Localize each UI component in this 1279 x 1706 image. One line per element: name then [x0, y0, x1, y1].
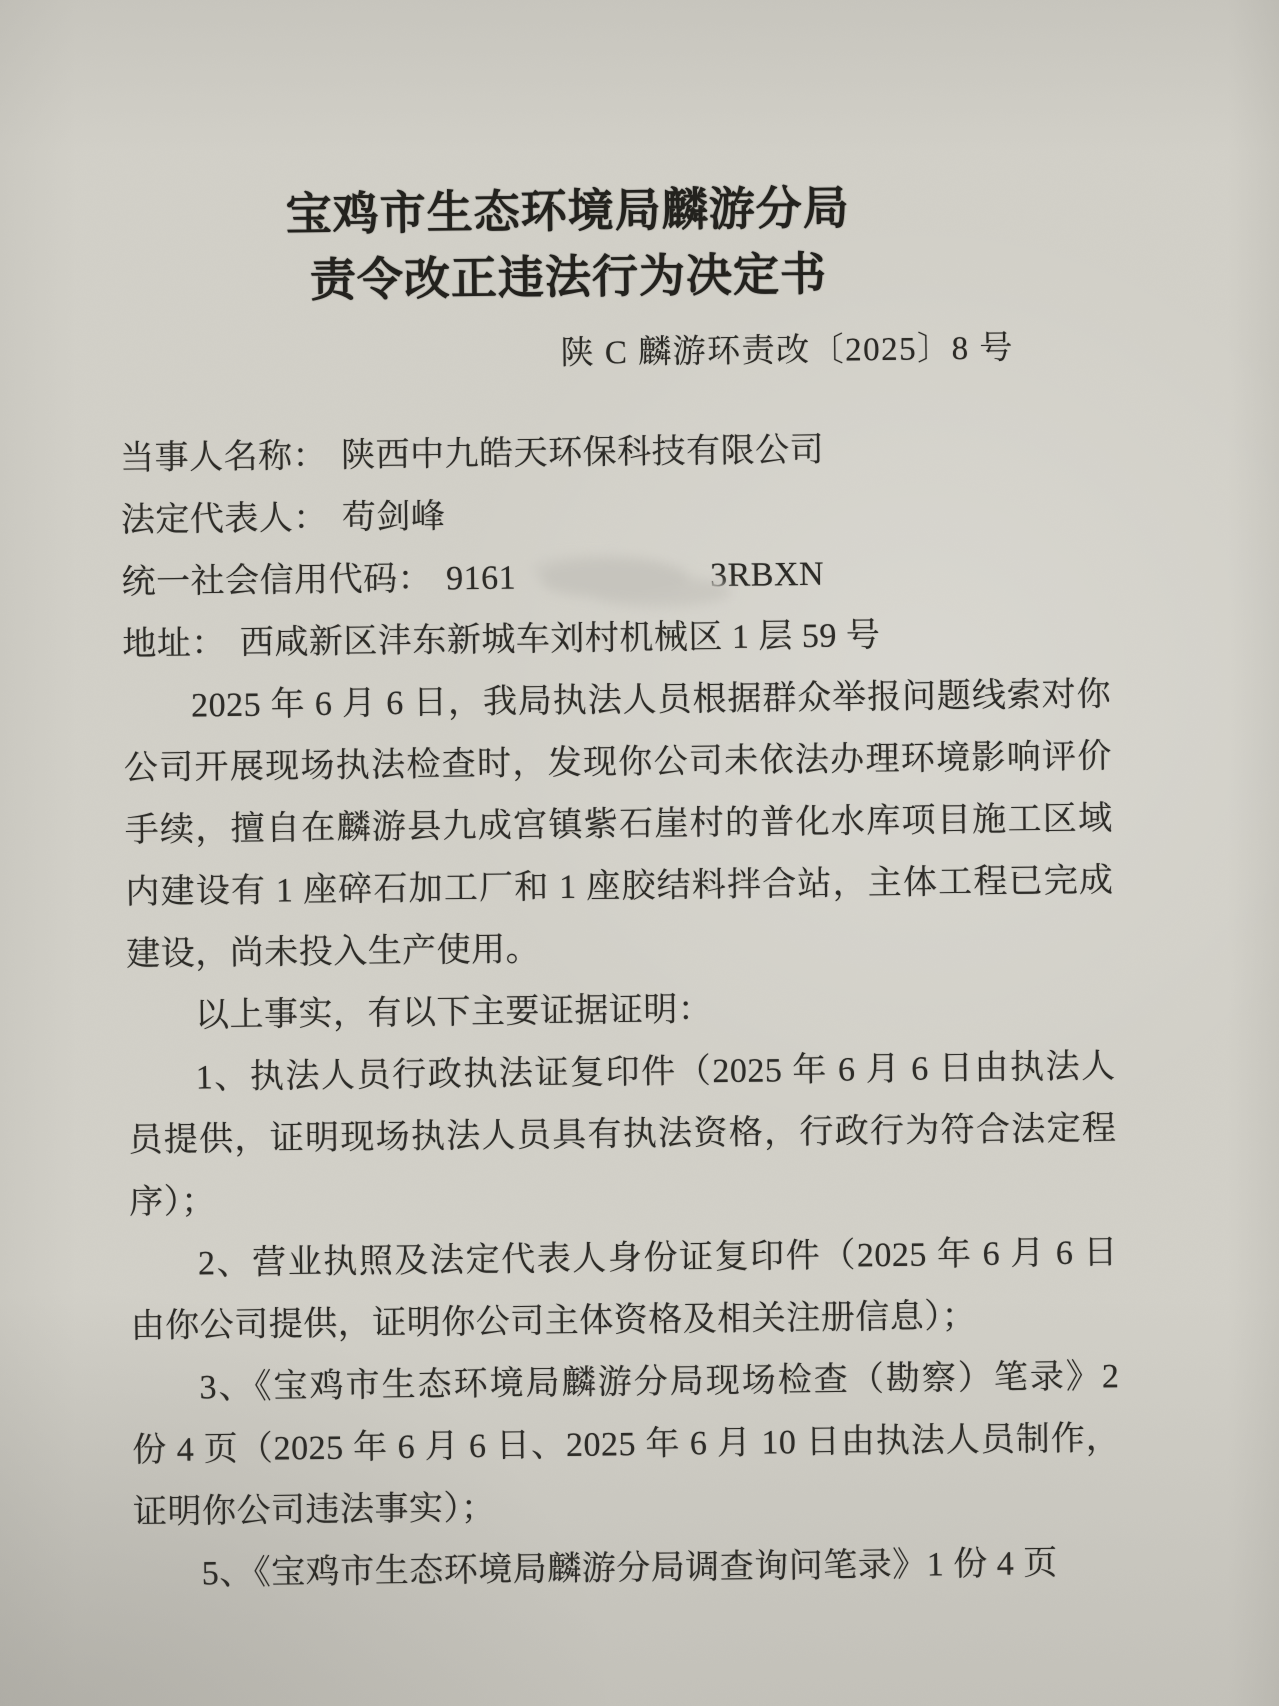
- field-legal-representative-value: 苟剑峰: [342, 498, 446, 536]
- field-credit-code-label: 统一社会信用代码：: [121, 561, 432, 602]
- paragraph-evidence-5: 5、《宝鸡市生态环境局麟游分局调查询问笔录》1 份 4 页: [133, 1532, 1122, 1606]
- field-credit-code-suffix: 3RBXN: [710, 556, 824, 594]
- paragraph-evidence-3: 3、《宝鸡市生态环境局麟游分局现场检查（勘察）笔录》2 份 4 页（2025 年…: [131, 1346, 1121, 1544]
- redaction-blur: [540, 558, 688, 598]
- field-legal-representative-label: 法定代表人：: [121, 500, 328, 540]
- field-party-name-value: 陕西中九皓天环保科技有限公司: [341, 432, 824, 475]
- field-address-label: 地址：: [122, 625, 226, 663]
- document-sheet: 宝鸡市生态环境局麟游分局 责令改正违法行为决定书 陕 C 麟游环责改〔2025〕…: [0, 0, 1279, 1706]
- document-header: 宝鸡市生态环境局麟游分局 责令改正违法行为决定书: [0, 0, 1272, 318]
- field-credit-code-prefix: 9161: [446, 559, 516, 597]
- paragraph-evidence-1: 1、执法人员行政执法证复印件（2025 年 6 月 6 日由执法人员提供，证明现…: [127, 1036, 1117, 1234]
- paragraph-facts: 2025 年 6 月 6 日，我局执法人员根据群众举报问题线索对你公司开展现场执…: [123, 664, 1115, 986]
- document-body: 当事人名称：陕西中九皓天环保科技有限公司 法定代表人：苟剑峰 统一社会信用代码：…: [120, 416, 1122, 1606]
- document-number: 陕 C 麟游环责改〔2025〕8 号: [0, 322, 1273, 384]
- scanned-document-photo: { "document": { "title_line1": "宝鸡市生态环境局…: [0, 0, 1279, 1706]
- paragraph-evidence-2: 2、营业执照及法定代表人身份证复印件（2025 年 6 月 6 日由你公司提供，…: [130, 1222, 1119, 1358]
- field-party-name-label: 当事人名称：: [120, 438, 327, 478]
- document-title-line-2: 责令改正违法行为决定书: [0, 238, 1144, 318]
- field-address-value: 西咸新区沣东新城车刘村机械区 1 层 59 号: [240, 617, 881, 662]
